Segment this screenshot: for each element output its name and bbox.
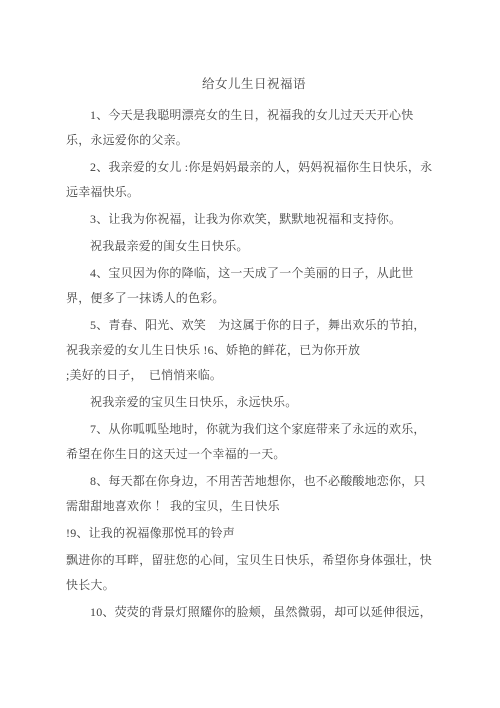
text-line: 5、青春、阳光、欢笑 为这属于你的日子，舞出欢乐的节拍，: [66, 313, 442, 338]
paragraph: 4、宝贝因为你的降临，这一天成了一个美丽的日子，从此世界，便多了一抹诱人的色彩。: [66, 261, 442, 311]
text-line: 界，便多了一抹诱人的色彩。: [66, 286, 442, 311]
paragraph: 飘进你的耳畔，留驻您的心间，宝贝生日快乐，希望你身体强壮，快快长大。: [66, 548, 442, 598]
paragraph: 祝我最亲爱的闺女生日快乐。: [66, 234, 442, 259]
text-line: 快长大。: [66, 573, 442, 598]
text-line: 8、每天都在你身边，不用苦苦地想你，也不必酸酸地恋你，只: [66, 469, 442, 494]
text-line: 1、今天是我聪明漂亮女的生日，祝福我的女儿过天天开心快: [66, 103, 442, 128]
paragraph: 3、让我为你祝福，让我为你欢笑，默默地祝福和支持你。: [66, 207, 442, 232]
text-line: 10、荧荧的背景灯照耀你的脸颊，虽然微弱，却可以延伸很远，: [66, 600, 442, 625]
text-line: 4、宝贝因为你的降临，这一天成了一个美丽的日子，从此世: [66, 261, 442, 286]
paragraph: !9、让我的祝福像那悦耳的铃声: [66, 521, 442, 546]
text-line: ;美好的日子， 已悄悄来临。: [66, 363, 442, 388]
text-line: 乐，永远爱你的父亲。: [66, 128, 442, 153]
text-line: 需甜甜地喜欢你 ！ 我的宝贝，生日快乐: [66, 494, 442, 519]
text-line: 祝我最亲爱的闺女生日快乐。: [66, 234, 442, 259]
paragraph: 1、今天是我聪明漂亮女的生日，祝福我的女儿过天天开心快乐，永远爱你的父亲。: [66, 103, 442, 153]
text-line: 7、从你呱呱坠地时，你就为我们这个家庭带来了永远的欢乐，: [66, 417, 442, 442]
text-line: 远幸福快乐。: [66, 180, 442, 205]
text-line: 飘进你的耳畔，留驻您的心间，宝贝生日快乐，希望你身体强壮，快: [66, 548, 442, 573]
text-line: !9、让我的祝福像那悦耳的铃声: [66, 521, 442, 546]
text-line: 祝我亲爱的宝贝生日快乐，永远快乐。: [66, 390, 442, 415]
text-line: 2、我亲爱的女儿 :你是妈妈最亲的人，妈妈祝福你生日快乐，永: [66, 155, 442, 180]
paragraph: 祝我亲爱的宝贝生日快乐，永远快乐。: [66, 390, 442, 415]
text-line: 3、让我为你祝福，让我为你欢笑，默默地祝福和支持你。: [66, 207, 442, 232]
page-title: 给女儿生日祝福语: [66, 72, 442, 97]
text-line: 希望在你生日的这天过一个幸福的一天。: [66, 442, 442, 467]
paragraph: 5、青春、阳光、欢笑 为这属于你的日子，舞出欢乐的节拍，祝我亲爱的女儿生日快乐 …: [66, 313, 442, 388]
paragraph: 7、从你呱呱坠地时，你就为我们这个家庭带来了永远的欢乐，希望在你生日的这天过一个…: [66, 417, 442, 467]
text-line: 祝我亲爱的女儿生日快乐 !6、娇艳的鲜花，已为你开放: [66, 338, 442, 363]
paragraph: 2、我亲爱的女儿 :你是妈妈最亲的人，妈妈祝福你生日快乐，永远幸福快乐。: [66, 155, 442, 205]
paragraph: 8、每天都在你身边，不用苦苦地想你，也不必酸酸地恋你，只需甜甜地喜欢你 ！ 我的…: [66, 469, 442, 519]
document-body: 1、今天是我聪明漂亮女的生日，祝福我的女儿过天天开心快乐，永远爱你的父亲。2、我…: [66, 103, 442, 625]
paragraph: 10、荧荧的背景灯照耀你的脸颊，虽然微弱，却可以延伸很远，: [66, 600, 442, 625]
document-page: 给女儿生日祝福语 1、今天是我聪明漂亮女的生日，祝福我的女儿过天天开心快乐，永远…: [0, 0, 500, 708]
